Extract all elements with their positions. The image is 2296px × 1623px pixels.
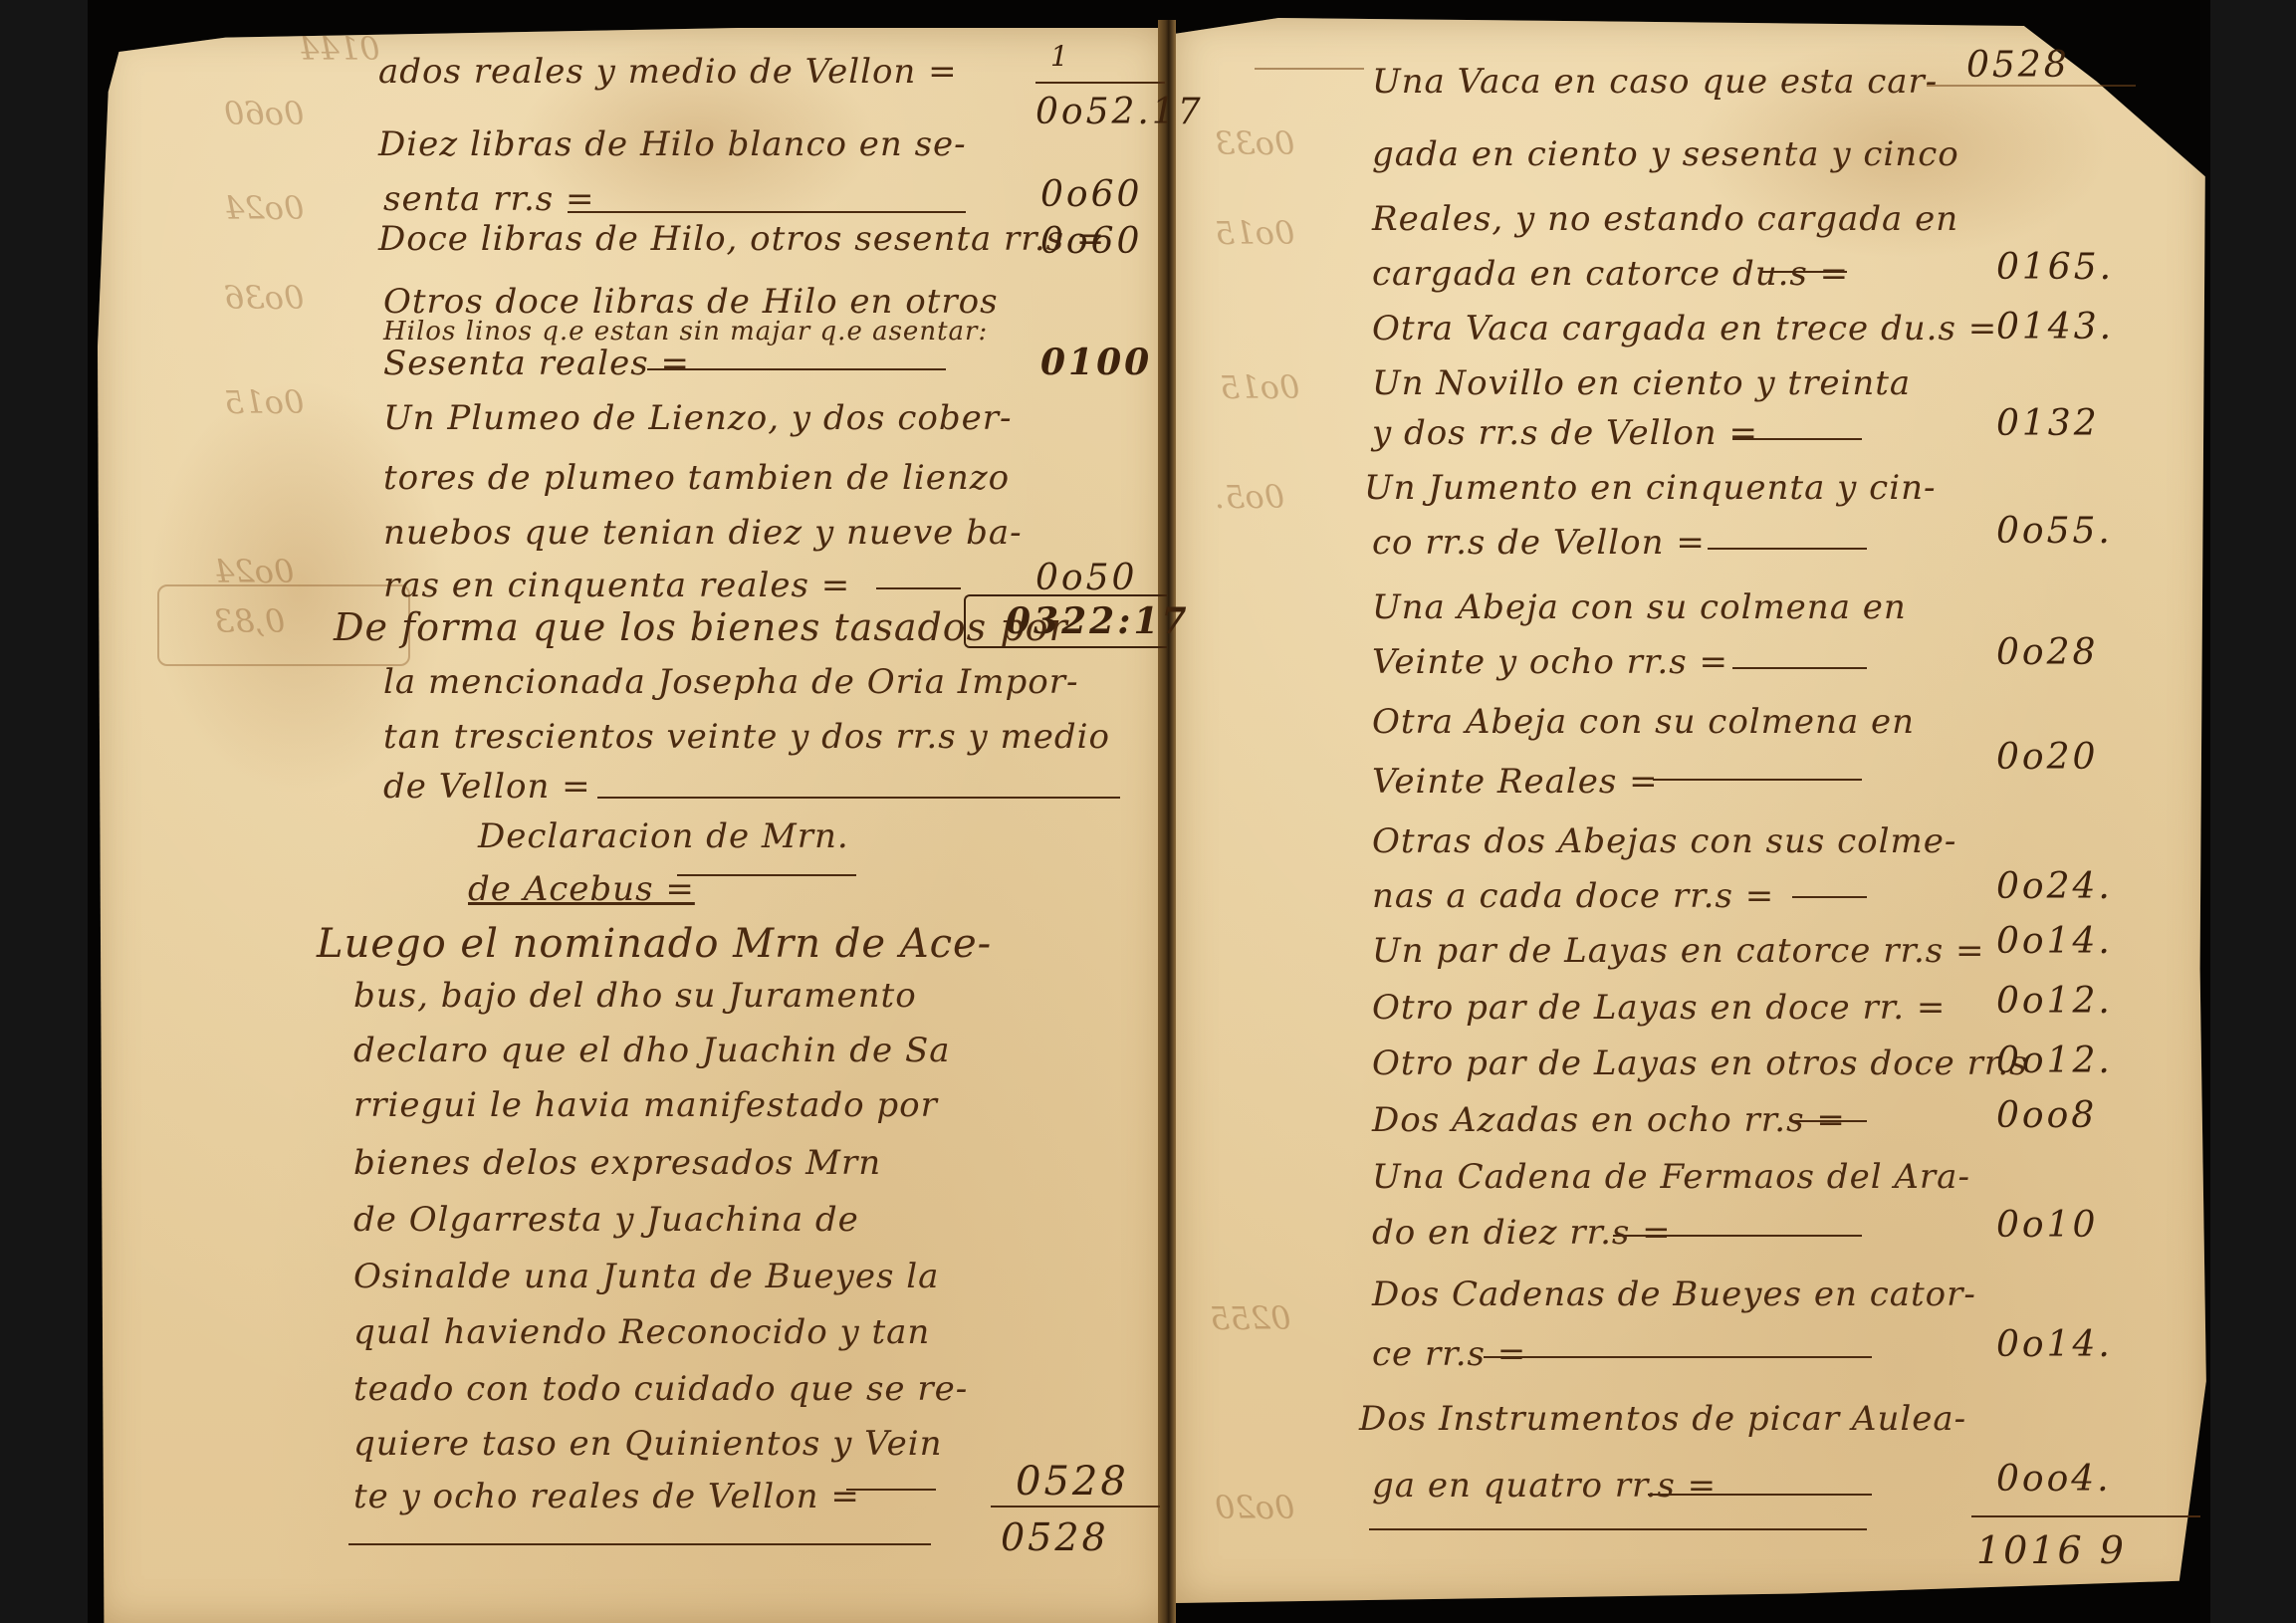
entry-amount: 0o12. bbox=[1996, 981, 2113, 1022]
entry-line: Dos Instrumentos de picar Aulea- bbox=[1359, 1399, 1966, 1439]
entry-line: co rr.s de Vellon = bbox=[1372, 523, 1706, 563]
closing-rule bbox=[1369, 1528, 1867, 1530]
declaration-line: Osinalde una Junta de Bueyes la bbox=[353, 1257, 939, 1296]
fill-rule bbox=[1732, 438, 1862, 440]
entry-line: Diez libras de Hilo blanco en se- bbox=[378, 124, 967, 164]
ghost-number: 0255 bbox=[1210, 1299, 1290, 1337]
ghost-number: 0,83 bbox=[214, 602, 285, 640]
entry-line: Otro par de Layas en doce rr. = bbox=[1372, 988, 1946, 1028]
amount-rule bbox=[1035, 82, 1165, 84]
entry-line: tores de plumeo tambien de lienzo bbox=[383, 458, 1010, 498]
entry-amount: 0o60 bbox=[1040, 221, 1142, 262]
entry-amount: 0143. bbox=[1996, 307, 2114, 348]
ghost-number: 0o5. bbox=[1215, 478, 1284, 516]
entry-line: Una Cadena de Fermaos del Ara- bbox=[1372, 1157, 1970, 1197]
declaration-amount: 0528 bbox=[1016, 1459, 1129, 1505]
section-heading: de Acebus = bbox=[468, 869, 695, 909]
entry-amount: 0o52.17 bbox=[1035, 92, 1204, 132]
fill-rule bbox=[568, 211, 966, 213]
entry-amount: 0o50 bbox=[1035, 558, 1137, 598]
entry-line: Un Jumento en cinquenta y cin- bbox=[1364, 468, 1936, 508]
declaration-line: qual haviendo Reconocido y tan bbox=[353, 1312, 930, 1352]
ghost-number: 0o15 bbox=[1220, 368, 1299, 406]
entry-line: Un Novillo en ciento y treinta bbox=[1372, 363, 1911, 403]
ghost-number: 0o15 bbox=[1215, 214, 1294, 252]
entry-amount: 0o24. bbox=[1996, 866, 2113, 907]
entry-amount: 0o12. bbox=[1996, 1041, 2113, 1081]
fill-rule bbox=[1762, 271, 1847, 273]
entry-line: Reales, y no estando cargada en bbox=[1372, 199, 1958, 239]
entry-amount: 0165. bbox=[1996, 247, 2114, 288]
entry-line: Otras dos Abejas con sus colme- bbox=[1372, 821, 1956, 861]
entry-line: Una Abeja con su colmena en bbox=[1372, 587, 1907, 627]
entry-line: cargada en catorce du.s = bbox=[1372, 254, 1849, 294]
carried-forward-amount: 0528 bbox=[1966, 45, 2070, 86]
fill-rule bbox=[1613, 1235, 1862, 1237]
entry-line: Hilos linos q.e estan sin majar q.e asen… bbox=[383, 317, 988, 347]
entry-line: Otros doce libras de Hilo en otros bbox=[383, 282, 999, 322]
fill-rule bbox=[1484, 1356, 1872, 1358]
entry-line: Otra Vaca cargada en trece du.s = bbox=[1372, 309, 1997, 348]
fill-rule bbox=[647, 368, 946, 370]
entry-line: Sesenta reales = bbox=[383, 344, 690, 383]
entry-amount: 0o14. bbox=[1996, 1324, 2113, 1365]
fill-rule bbox=[876, 587, 961, 589]
entry-line: nuebos que tenian diez y nueve ba- bbox=[383, 513, 1023, 553]
ghost-number: 0o60 bbox=[224, 95, 304, 132]
entry-line: y dos rr.s de Vellon = bbox=[1372, 413, 1758, 453]
entry-amount-carry: 1 bbox=[1050, 40, 1071, 73]
entry-line: nas a cada doce rr.s = bbox=[1372, 876, 1774, 916]
heading-flourish bbox=[677, 874, 856, 876]
entry-line: ga en quatro rr.s = bbox=[1372, 1466, 1717, 1506]
ghost-number: 0o20 bbox=[1215, 1489, 1294, 1526]
closing-rule bbox=[348, 1543, 931, 1545]
entry-line: Doce libras de Hilo, otros sesenta rr.s … bbox=[378, 219, 1105, 259]
declaration-line: declaro que el dho Juachin de Sa bbox=[353, 1031, 951, 1070]
entry-amount: 0132 bbox=[1996, 403, 2100, 444]
entry-line: Una Vaca en caso que esta car- bbox=[1372, 62, 1938, 102]
right-page-total: 1016 9 bbox=[1976, 1528, 2127, 1572]
fill-rule bbox=[1708, 548, 1867, 550]
declaration-line: bus, bajo del dho su Juramento bbox=[353, 976, 917, 1016]
subtotal-amount: 0322:17 bbox=[1006, 600, 1190, 642]
entry-line: Veinte Reales = bbox=[1372, 762, 1659, 802]
entry-amount: 0o20 bbox=[1996, 737, 2098, 778]
fill-rule bbox=[1792, 1120, 1867, 1122]
entry-amount: 0oo8 bbox=[1996, 1095, 2097, 1136]
total-rule bbox=[1971, 1515, 2200, 1517]
entry-line: do en diez rr.s = bbox=[1372, 1213, 1672, 1253]
entry-amount: 0o60 bbox=[1040, 174, 1142, 215]
carry-rule bbox=[1927, 85, 2136, 87]
declaration-line: te y ocho reales de Vellon = bbox=[353, 1477, 860, 1516]
entry-line: la mencionada Josepha de Oria Impor- bbox=[383, 662, 1078, 702]
entry-line: tan trescientos veinte y dos rr.s y medi… bbox=[383, 717, 1110, 757]
scan-frame-right bbox=[2210, 0, 2296, 1623]
declaration-line: Luego el nominado Mrn de Ace- bbox=[317, 921, 992, 967]
entry-amount: 0o14. bbox=[1996, 921, 2113, 962]
declaration-line: de Olgarresta y Juachina de bbox=[353, 1200, 859, 1240]
fill-rule bbox=[846, 1489, 936, 1491]
entry-line: gada en ciento y sesenta y cinco bbox=[1372, 134, 1959, 174]
ghost-number: 0144 bbox=[299, 30, 379, 68]
entry-line: ados reales y medio de Vellon = bbox=[378, 52, 958, 92]
declaration-line: bienes delos expresados Mrn bbox=[353, 1143, 881, 1183]
fill-rule bbox=[1648, 1494, 1872, 1496]
fill-rule bbox=[1732, 667, 1867, 669]
declaration-line: rriegui le havia manifestado por bbox=[353, 1085, 938, 1125]
ghost-number: 0o36 bbox=[224, 279, 304, 317]
fill-rule bbox=[1792, 896, 1867, 898]
section-heading: Declaracion de Mrn. bbox=[478, 816, 849, 856]
declaration-line: teado con todo cuidado que se re- bbox=[353, 1369, 968, 1409]
entry-amount: 0o55. bbox=[1996, 511, 2113, 552]
fill-rule bbox=[1653, 779, 1862, 781]
entry-line: ce rr.s = bbox=[1372, 1334, 1526, 1374]
entry-line: Un par de Layas en catorce rr.s = bbox=[1372, 931, 1985, 971]
entry-line: de Vellon = bbox=[383, 767, 591, 807]
entry-line: De forma que los bienes tasados por bbox=[334, 605, 1068, 649]
ghost-number: 0o15 bbox=[224, 383, 304, 421]
ghost-number: 0o24 bbox=[224, 189, 304, 227]
fill-rule bbox=[597, 797, 1120, 799]
entry-line: Dos Azadas en ocho rr.s = bbox=[1372, 1100, 1846, 1140]
entry-line: Otra Abeja con su colmena en bbox=[1372, 702, 1915, 742]
ghost-number: 0o33 bbox=[1215, 124, 1294, 162]
entry-amount: 0oo4. bbox=[1996, 1459, 2112, 1500]
total-rule bbox=[991, 1506, 1160, 1507]
carry-rule-left bbox=[1255, 68, 1364, 70]
entry-amount: 0100 bbox=[1040, 342, 1152, 383]
entry-line: ras en cinquenta reales = bbox=[383, 566, 850, 605]
entry-line: Otro par de Layas en otros doce rr.s bbox=[1372, 1043, 2028, 1083]
entry-line: Veinte y ocho rr.s = bbox=[1372, 642, 1728, 682]
left-page-total: 0528 bbox=[1001, 1515, 1109, 1559]
scan-frame-left bbox=[0, 0, 88, 1623]
declaration-line: quiere taso en Quinientos y Vein bbox=[353, 1424, 943, 1464]
book-gutter bbox=[1158, 20, 1176, 1623]
entry-line: senta rr.s = bbox=[383, 179, 595, 219]
entry-line: Dos Cadenas de Bueyes en cator- bbox=[1372, 1275, 1976, 1314]
entry-amount: 0o10 bbox=[1996, 1205, 2098, 1246]
entry-amount: 0o28 bbox=[1996, 632, 2098, 673]
entry-line: Un Plumeo de Lienzo, y dos cober- bbox=[383, 398, 1012, 438]
